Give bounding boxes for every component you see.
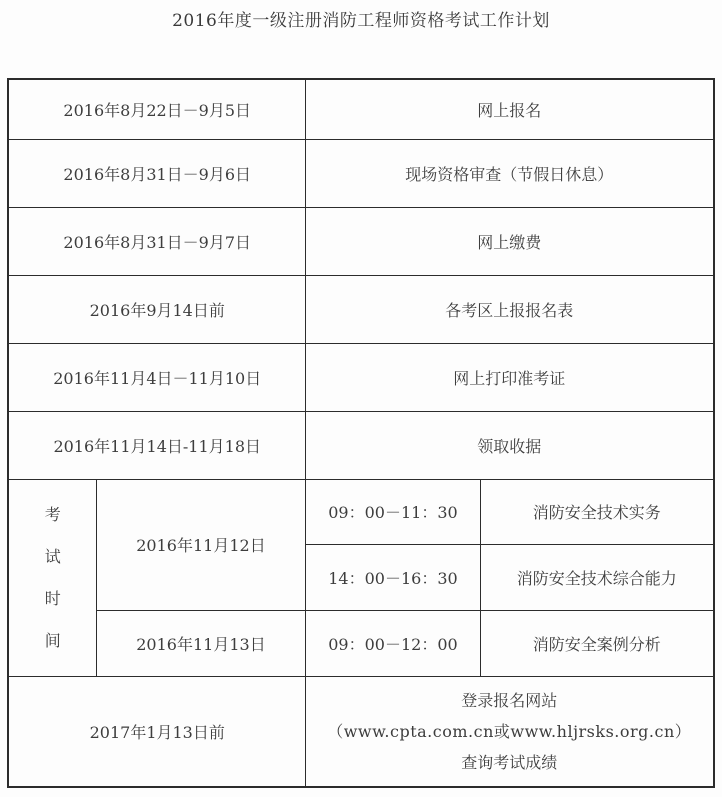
schedule-event-cell: 网上报名 (305, 79, 713, 139)
table-row: 2016年11月4日－11月10日 网上打印准考证 (8, 343, 713, 411)
table-row: 2017年1月13日前 登录报名网站 （www.cpta.com.cn或www.… (8, 676, 713, 787)
exam-session-time-cell: 09：00－11：30 (305, 479, 480, 544)
registration-urls-line: （www.cpta.com.cn或www.hljrsks.org.cn） (306, 716, 713, 747)
exam-session-time-cell: 09：00－12：00 (305, 610, 480, 676)
exam-subject-cell: 消防安全技术综合能力 (480, 544, 713, 610)
schedule-event-cell: 各考区上报报名表 (305, 275, 713, 343)
exam-date-cell: 2016年11月12日 (96, 479, 305, 610)
schedule-date-cell: 2016年8月22日－9月5日 (8, 79, 305, 139)
schedule-event-cell: 网上缴费 (305, 207, 713, 275)
exam-header-char: 间 (9, 620, 96, 662)
schedule-date-cell: 2016年11月14日-11月18日 (8, 411, 305, 479)
exam-plan-page: 2016年度一级注册消防工程师资格考试工作计划 2016年8月22日－9月5日 … (0, 0, 722, 797)
exam-subject-cell: 消防安全技术实务 (480, 479, 713, 544)
exam-header-char: 考 (9, 494, 96, 536)
table-row: 2016年8月22日－9月5日 网上报名 (8, 79, 713, 139)
exam-session-time-cell: 14：00－16：30 (305, 544, 480, 610)
table-row: 考 试 时 间 2016年11月12日 09：00－11：30 消防安全技术实务 (8, 479, 713, 544)
query-score-line: 查询考试成绩 (306, 747, 713, 778)
schedule-date-cell: 2016年11月4日－11月10日 (8, 343, 305, 411)
exam-header-char: 时 (9, 578, 96, 620)
table-row: 2016年11月13日 09：00－12：00 消防安全案例分析 (8, 610, 713, 676)
exam-schedule-table: 2016年8月22日－9月5日 网上报名 2016年8月31日－9月6日 现场资… (7, 78, 714, 788)
result-date-cell: 2017年1月13日前 (8, 676, 305, 787)
table-row: 2016年8月31日－9月6日 现场资格审查（节假日休息） (8, 139, 713, 207)
page-title: 2016年度一级注册消防工程师资格考试工作计划 (0, 12, 722, 31)
schedule-event-cell: 网上打印准考证 (305, 343, 713, 411)
result-info-cell: 登录报名网站 （www.cpta.com.cn或www.hljrsks.org.… (305, 676, 713, 787)
exam-date-cell: 2016年11月13日 (96, 610, 305, 676)
schedule-date-cell: 2016年8月31日－9月7日 (8, 207, 305, 275)
exam-time-row-header: 考 试 时 间 (8, 479, 96, 676)
exam-header-char: 试 (9, 536, 96, 578)
schedule-event-cell: 现场资格审查（节假日休息） (305, 139, 713, 207)
schedule-event-cell: 领取收据 (305, 411, 713, 479)
schedule-date-cell: 2016年9月14日前 (8, 275, 305, 343)
table-row: 2016年9月14日前 各考区上报报名表 (8, 275, 713, 343)
login-site-line: 登录报名网站 (306, 685, 713, 716)
exam-subject-cell: 消防安全案例分析 (480, 610, 713, 676)
table-row: 2016年8月31日－9月7日 网上缴费 (8, 207, 713, 275)
table-row: 2016年11月14日-11月18日 领取收据 (8, 411, 713, 479)
schedule-date-cell: 2016年8月31日－9月6日 (8, 139, 305, 207)
